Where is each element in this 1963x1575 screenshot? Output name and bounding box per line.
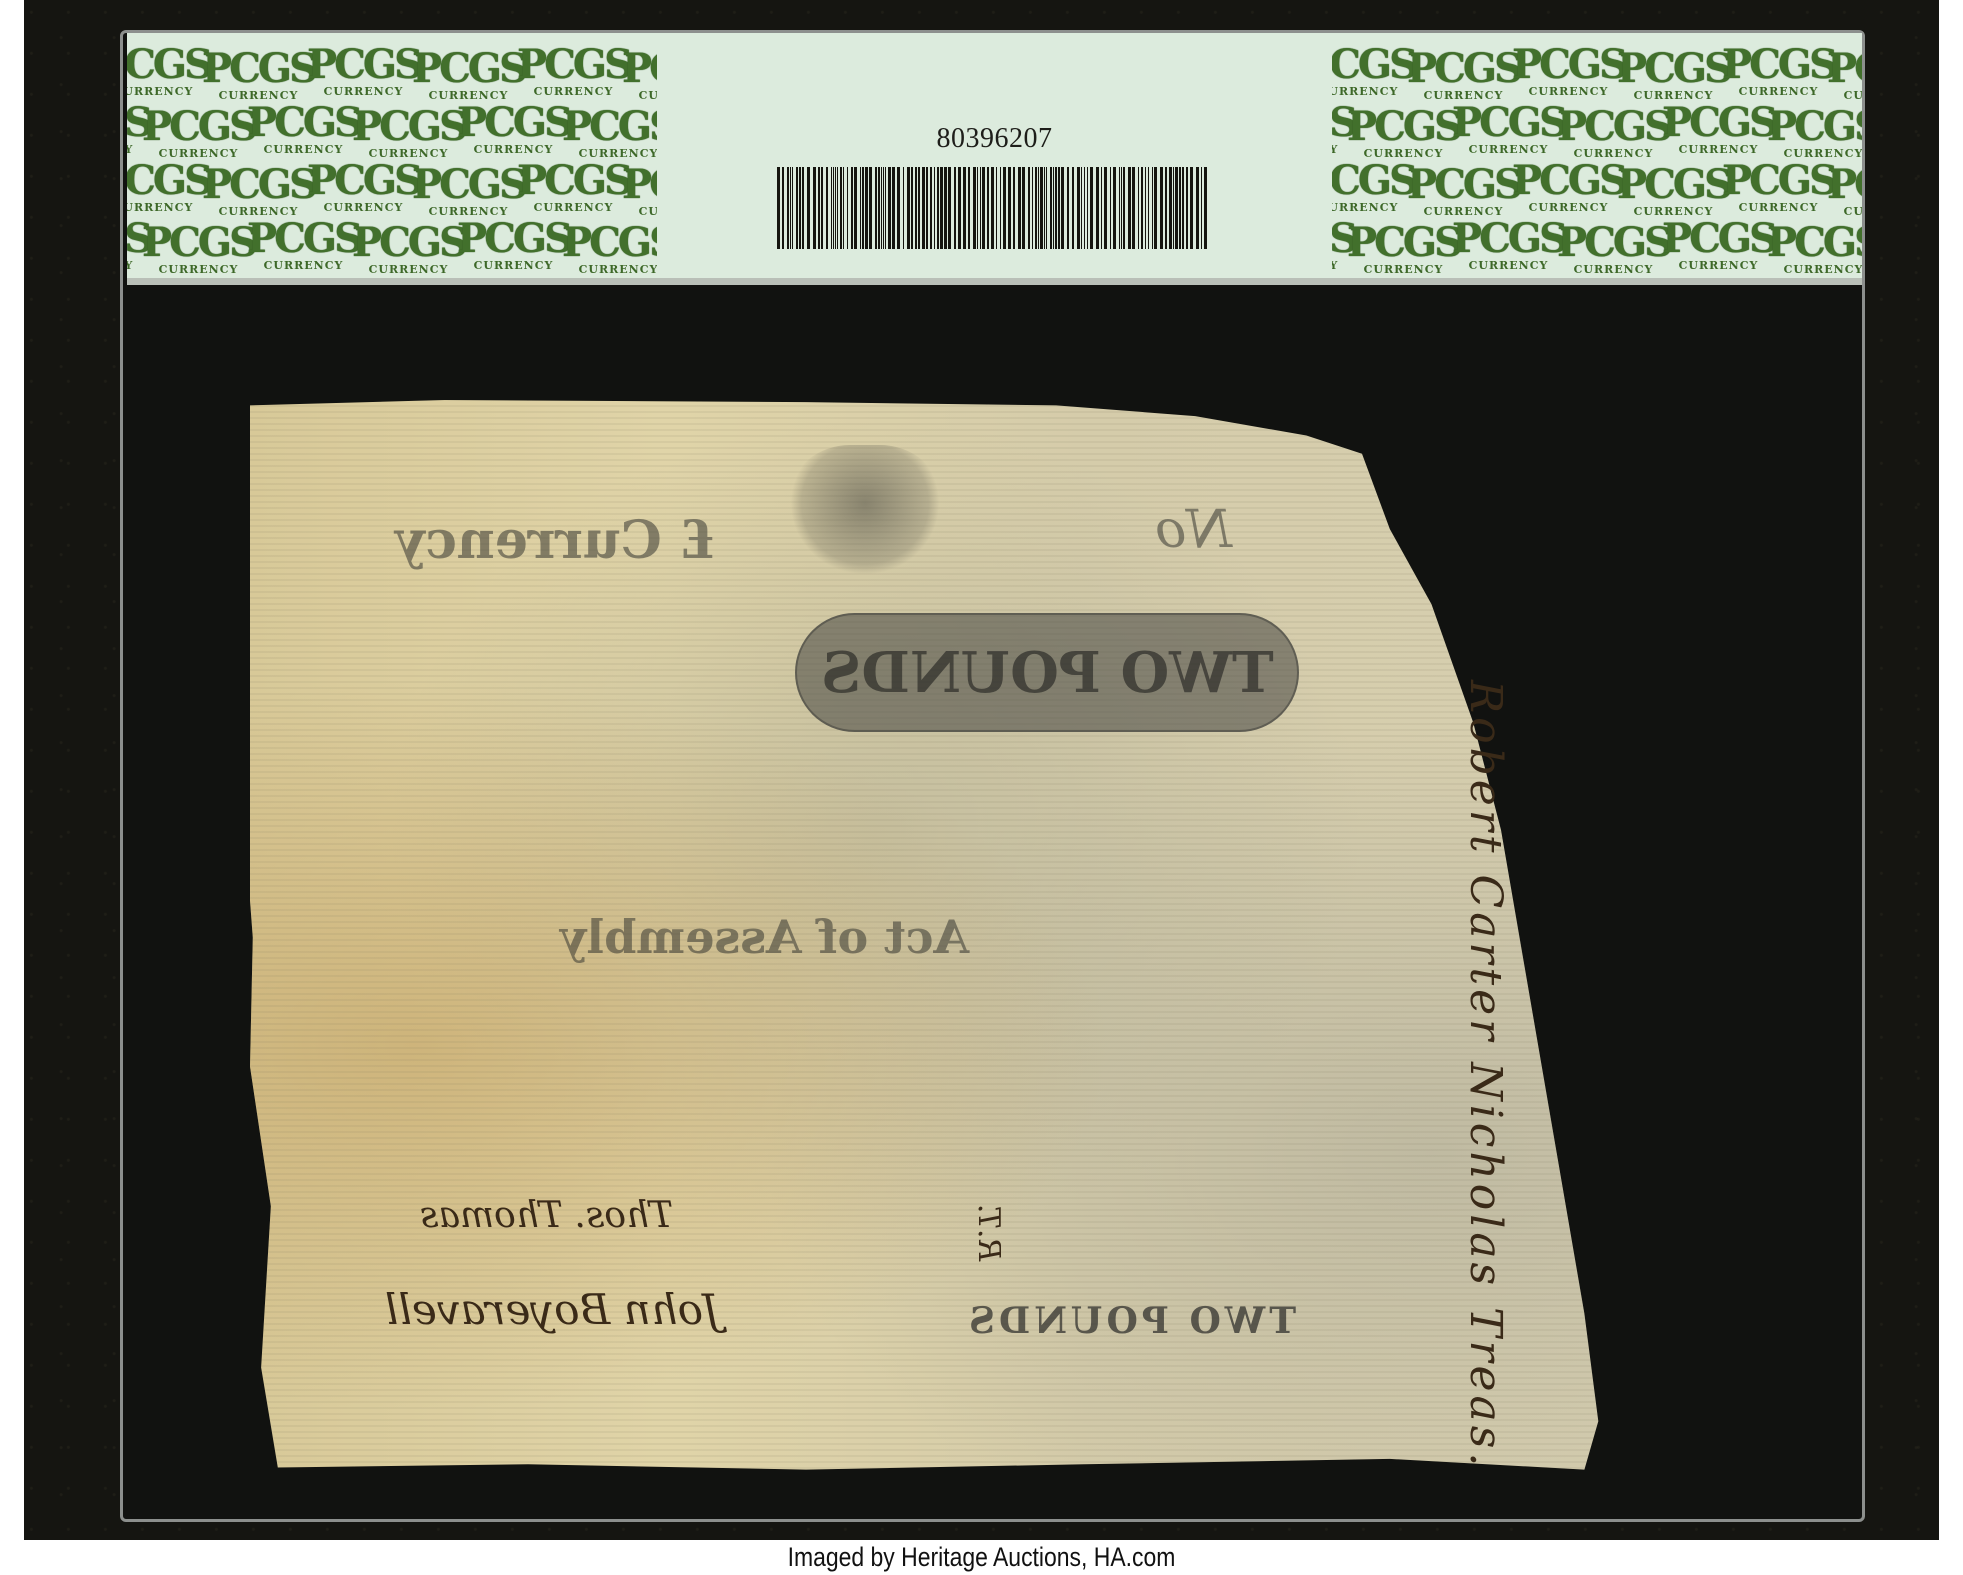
pcgs-logo-tile: PCGSCURRENCY [307,45,420,97]
pcgs-logo-tile: PCGSCURRENCY [1332,161,1415,213]
handwritten-initials: R.T. [971,1204,1006,1261]
pcgs-logo-tile: PCGSCURRENCY [457,103,570,155]
pcgs-logo-tile: PCGSCURRENCY [1347,223,1460,275]
pcgs-logo-tile: PCGSCURRENCY [1332,45,1415,97]
pcgs-logo-tile: PCGSCURRENCY [1347,107,1460,159]
pcgs-logo-tile: PCGSCURRENCY [142,223,255,275]
pcgs-logo-pattern-left: PCGSCURRENCYPCGSCURRENCYPCGSCURRENCYPCGS… [127,33,657,278]
pcgs-logo-tile: PCGSCURRENCY [1767,223,1862,275]
pcgs-logo-tile: PCGSCURRENCY [247,219,360,271]
pcgs-logo-tile: PCGSCURRENCY [142,107,255,159]
image-credit: Imaged by Heritage Auctions, HA.com [147,1542,1816,1573]
pcgs-logo-tile: PCGSCURRENCY [1557,107,1670,159]
pcgs-logo-tile: PCGSCURRENCY [127,161,210,213]
pcgs-logo-tile: PCGSCURRENCY [1617,165,1730,217]
label-center: 80396207 [667,33,1322,278]
barcode [777,167,1212,249]
pcgs-logo-tile: PCGSCURRENCY [1827,165,1862,217]
pcgs-logo-tile: PCGSCURRENCY [1407,165,1520,217]
pcgs-logo-tile: PCGSCURRENCY [1617,49,1730,101]
pcgs-logo-tile: PCGSCURRENCY [1512,45,1625,97]
pcgs-logo-tile: PCGSCURRENCY [1557,223,1670,275]
denomination-oval-bleedthrough: TWO POUNDS [795,613,1299,732]
pcgs-logo-tile: PCGSCURRENCY [1662,103,1775,155]
pcgs-logo-tile: PCGSCURRENCY [412,49,525,101]
pcgs-logo-tile: PCGSCURRENCY [1452,103,1565,155]
pcgs-logo-tile: PCGSCURRENCY [622,165,657,217]
pcgs-logo-tile: PCGSCURRENCY [202,165,315,217]
oval-text: TWO POUNDS [821,640,1274,706]
coat-of-arms-bleedthrough [790,445,940,575]
pcgs-logo-tile: PCGSCURRENCY [412,165,525,217]
pcgs-logo-pattern-right: PCGSCURRENCYPCGSCURRENCYPCGSCURRENCYPCGS… [1332,33,1862,278]
pcgs-logo-tile: PCGSCURRENCY [1407,49,1520,101]
two-pounds-mirrored: TWO POUNDS [965,1300,1296,1342]
pcgs-logo-tile: PCGSCURRENCY [1512,161,1625,213]
signature-thomas-mirrored: Thos. Thomas [420,1195,673,1236]
pcgs-logo-tile: PCGSCURRENCY [307,161,420,213]
act-of-assembly-mirrored: Act of Assembly [560,910,969,964]
treasurer-signature: Robert Carter Nicholas Treas. [1460,680,1511,1470]
pcgs-logo-tile: PCGSCURRENCY [1722,45,1835,97]
pcgs-logo-tile: PCGSCURRENCY [247,103,360,155]
pcgs-logo-tile: PCGSCURRENCY [562,223,657,275]
pcgs-logo-tile: PCGSCURRENCY [517,161,630,213]
serial-mark-mirrored: No [1155,500,1232,560]
signature-john-mirrored: John Boyeravell [385,1285,720,1334]
pcgs-logo-tile: PCGSCURRENCY [457,219,570,271]
currency-header-mirrored: £ Currency [395,510,716,571]
pcgs-logo-tile: PCGSCURRENCY [352,223,465,275]
pcgs-logo-tile: PCGSCURRENCY [202,49,315,101]
pcgs-logo-tile: PCGSCURRENCY [1722,161,1835,213]
pcgs-logo-tile: PCGSCURRENCY [1662,219,1775,271]
pcgs-logo-tile: PCGSCURRENCY [622,49,657,101]
pcgs-logo-tile: PCGSCURRENCY [1767,107,1862,159]
pcgs-logo-tile: PCGSCURRENCY [352,107,465,159]
pcgs-logo-tile: PCGSCURRENCY [1452,219,1565,271]
pcgs-logo-tile: PCGSCURRENCY [127,45,210,97]
pcgs-logo-tile: PCGSCURRENCY [517,45,630,97]
pcgs-logo-tile: PCGSCURRENCY [1827,49,1862,101]
certificate-number: 80396207 [937,123,1053,155]
pcgs-label: PCGSCURRENCYPCGSCURRENCYPCGSCURRENCYPCGS… [127,33,1862,285]
pcgs-logo-tile: PCGSCURRENCY [562,107,657,159]
